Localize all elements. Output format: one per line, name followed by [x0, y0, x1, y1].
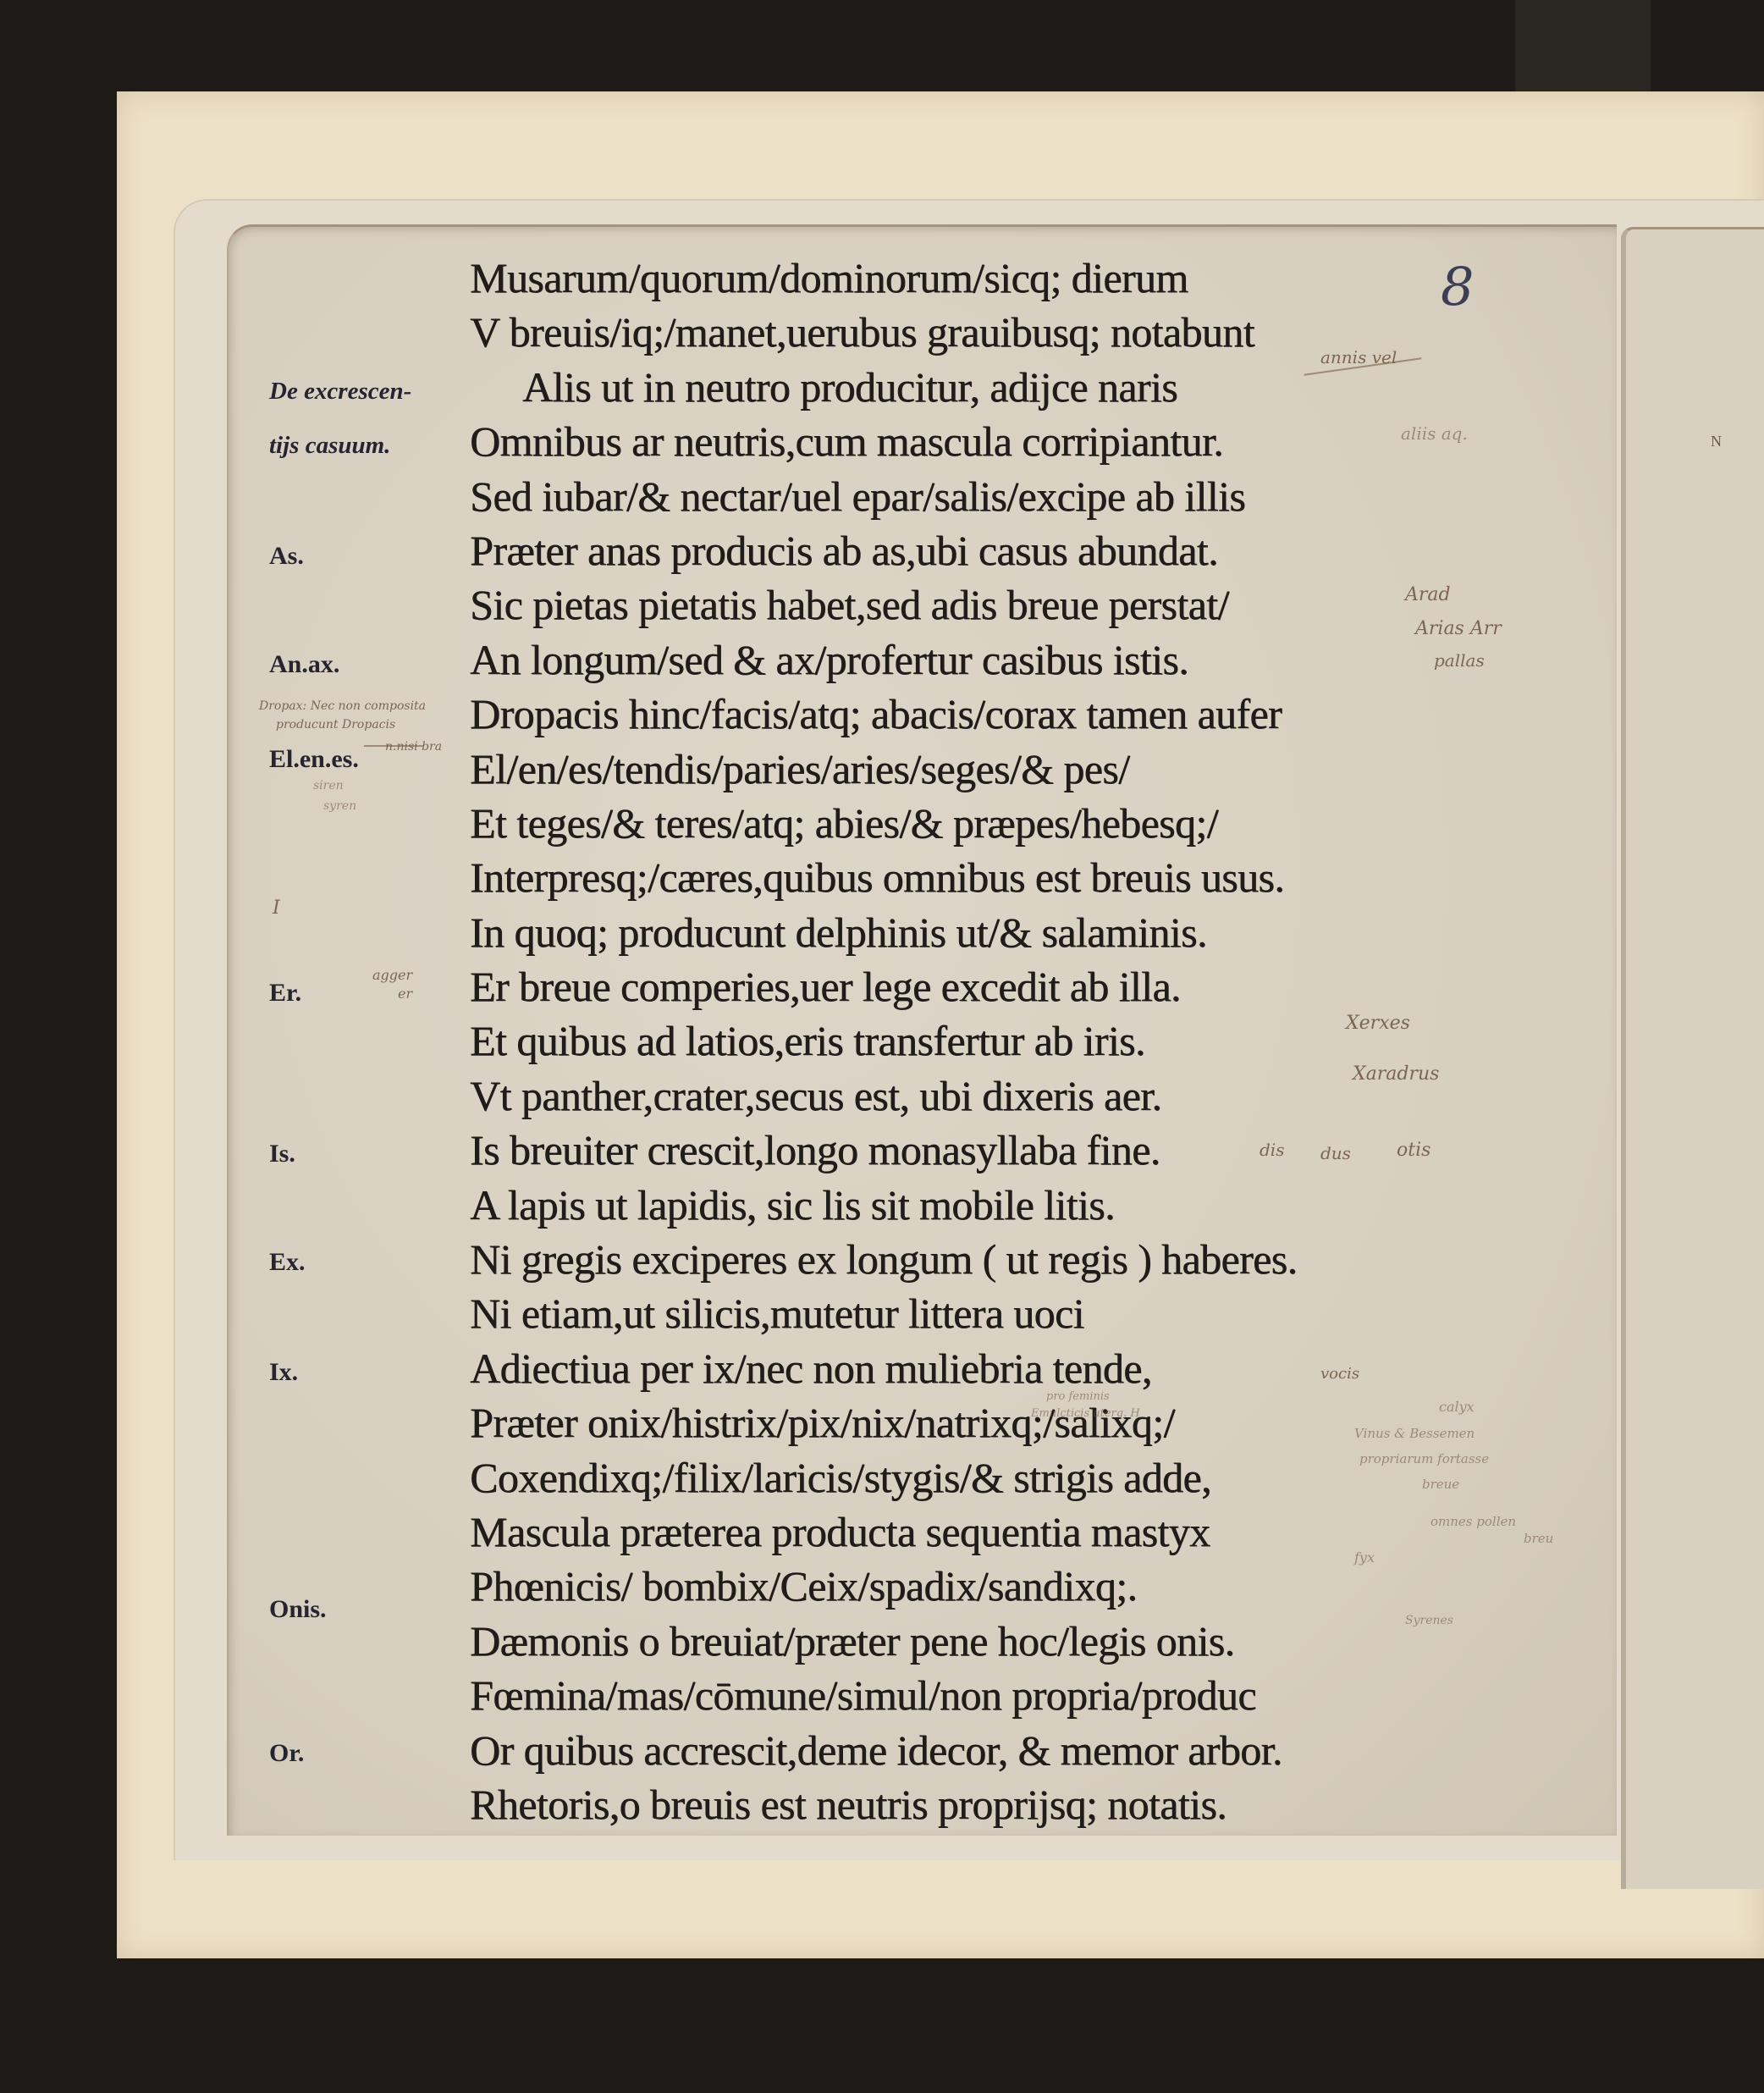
handwritten-note: Arias Arr: [1415, 618, 1502, 639]
margin-label-or: Or.: [269, 1739, 304, 1768]
facing-page-mark: N: [1711, 433, 1722, 450]
verse-line: Sed iubar/& nectar/uel epar/salis/excipe…: [470, 469, 1452, 523]
handwritten-note: pallas: [1434, 650, 1485, 671]
handwritten-note: propriarum fortasse: [1359, 1451, 1489, 1466]
margin-label-er: Er.: [269, 979, 301, 1008]
handwritten-note: n.nisi bra: [385, 740, 442, 754]
verse-line: Phœnicis/ bombix/Ceix/spadix/sandixq;.: [470, 1559, 1452, 1613]
margin-heading: tijs casuum.: [269, 432, 390, 460]
handwritten-note: dus: [1320, 1143, 1351, 1163]
verse-line: V breuis/iq;/manet,uerubus grauibusq; no…: [470, 305, 1452, 359]
handwritten-note: fyx: [1354, 1549, 1375, 1566]
handwritten-note: I: [273, 897, 280, 919]
handwritten-note: Arad: [1405, 584, 1451, 605]
verse-line: Præter anas producis ab as,ubi casus abu…: [470, 523, 1452, 577]
handwritten-note: agger: [372, 967, 412, 983]
verse-text-block: Musarum/quorum/dominorum/sicq; dierum V …: [470, 251, 1452, 1831]
margin-label-ix: Ix.: [269, 1358, 298, 1387]
handwritten-note: Dropax: Nec non composita: [259, 699, 426, 713]
verse-line: Or quibus accrescit,deme idecor, & memor…: [470, 1723, 1452, 1777]
ink-stroke: [364, 745, 423, 747]
verse-line: An longum/sed & ax/profertur casibus ist…: [470, 632, 1452, 687]
verse-line: Dropacis hinc/facis/atq; abacis/corax ta…: [470, 687, 1452, 741]
handwritten-note: siren: [313, 779, 344, 792]
verse-line: Vt panther,crater,secus est, ubi dixeris…: [470, 1069, 1452, 1123]
handwritten-note: dis: [1260, 1140, 1284, 1160]
verse-line: In quoq; producunt delphinis ut/& salami…: [470, 905, 1452, 959]
handwritten-note: breue: [1422, 1477, 1459, 1492]
margin-label-onis: Onis.: [269, 1595, 327, 1624]
handwritten-note: er: [398, 986, 412, 1002]
margin-label-el-en-es: El.en.es.: [269, 745, 359, 774]
verse-line: Omnibus ar neutris,cum mascula corripian…: [470, 414, 1452, 468]
verse-line: Et quibus ad latios,eris transfertur ab …: [470, 1013, 1452, 1068]
handwritten-note: otis: [1397, 1140, 1430, 1161]
handwritten-note: Xaradrus: [1353, 1063, 1439, 1085]
handwritten-note: Emulcticis uterq. H: [1031, 1407, 1140, 1420]
verse-line: Coxendixq;/filix/laricis/stygis/& strigi…: [470, 1450, 1452, 1505]
handwritten-note: Syrenes: [1405, 1614, 1453, 1627]
handwritten-note: calyx: [1439, 1399, 1475, 1415]
handwritten-note: Xerxes: [1346, 1013, 1410, 1034]
verse-line: Et teges/& teres/atq; abies/& præpes/heb…: [470, 796, 1452, 850]
handwritten-note: omnes pollen: [1430, 1514, 1516, 1529]
verse-line: Ni etiam,ut silicis,mutetur littera uoci: [470, 1286, 1452, 1340]
verse-line: Fœmina/mas/cōmune/simul/non propria/prod…: [470, 1668, 1452, 1722]
margin-heading: De excrescen-: [269, 378, 411, 406]
verse-line: El/en/es/tendis/paries/aries/seges/& pes…: [470, 742, 1452, 796]
verse-line: Er breue comperies,uer lege excedit ab i…: [470, 959, 1452, 1013]
handwritten-note: breu: [1524, 1531, 1553, 1546]
verse-line: Adiectiua per ix/nec non muliebria tende…: [470, 1341, 1452, 1395]
handwritten-note: vocis: [1320, 1365, 1359, 1383]
verse-line: Præter onix/histrix/pix/nix/natrixq;/sal…: [470, 1395, 1452, 1450]
margin-label-is: Is.: [269, 1140, 295, 1168]
verse-line: Interpresq;/cæres,quibus omnibus est bre…: [470, 850, 1452, 904]
backdrop-band: [1515, 0, 1651, 93]
verse-line: Is breuiter crescit,longo monasyllaba fi…: [470, 1123, 1452, 1177]
verse-line: Ni gregis exciperes ex longum ( ut regis…: [470, 1232, 1452, 1286]
handwritten-note: pro feminis: [1046, 1390, 1110, 1403]
handwritten-note: producunt Dropacis: [276, 718, 395, 732]
verse-line: Musarum/quorum/dominorum/sicq; dierum: [470, 251, 1452, 305]
handwritten-note: annis vel: [1320, 347, 1397, 367]
margin-label-as: As.: [269, 542, 304, 571]
handwritten-note: syren: [323, 799, 356, 813]
verse-line: Mascula præterea producta sequentia mast…: [470, 1505, 1452, 1559]
verse-line: Sic pietas pietatis habet,sed adis breue…: [470, 577, 1452, 632]
verse-line: A lapis ut lapidis, sic lis sit mobile l…: [470, 1178, 1452, 1232]
handwritten-note: Vinus & Bessemen: [1354, 1426, 1475, 1441]
handwritten-note: aliis aq.: [1401, 423, 1468, 444]
verse-line: Alis ut in neutro producitur, adijce nar…: [470, 360, 1452, 414]
verse-line: Dæmonis o breuiat/præter pene hoc/legis …: [470, 1614, 1452, 1668]
verse-line: Rhetoris,o breuis est neutris proprijsq;…: [470, 1777, 1452, 1831]
facing-page-strip: N: [1621, 227, 1764, 1889]
margin-label-an-ax: An.ax.: [269, 650, 339, 679]
margin-label-ex: Ex.: [269, 1248, 306, 1277]
